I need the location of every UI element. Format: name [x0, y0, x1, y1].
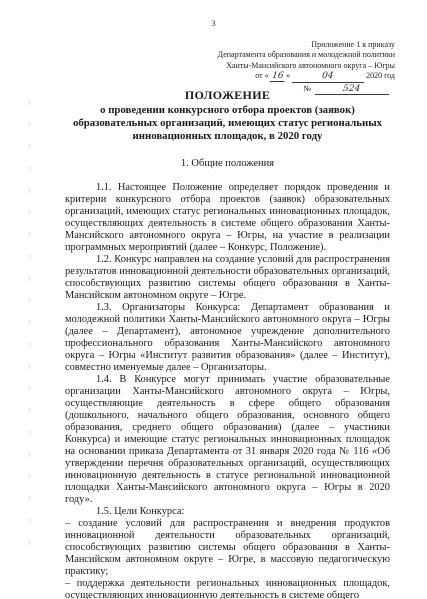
document-subtitle: о проведении конкурсного отбора проектов… — [65, 104, 390, 143]
paragraph-1-1: 1.1. Настоящее Положение определяет поря… — [65, 182, 390, 254]
document-body: ПОЛОЖЕНИЕ о проведении конкурсного отбор… — [65, 88, 390, 599]
order-date-line: от «16»042020 год — [218, 71, 395, 82]
document-page: 3 Приложение 1 к приказу Департамента об… — [0, 0, 427, 599]
header-line-1: Приложение 1 к приказу — [218, 40, 395, 50]
handwritten-month: 04 — [322, 71, 335, 81]
paragraph-1-4: 1.4. В Конкурсе могут принимать участие … — [65, 374, 390, 506]
section-1-heading: 1. Общие положения — [65, 158, 390, 169]
page-number: 3 — [0, 18, 427, 28]
date-year: 2020 год — [366, 71, 395, 80]
month-blank-line: 04 — [292, 71, 364, 82]
date-close-quote: » — [286, 71, 290, 80]
paragraph-1-2: 1.2. Конкурс направлен на создание услов… — [65, 254, 390, 302]
document-title: ПОЛОЖЕНИЕ — [65, 88, 390, 103]
date-prefix: от « — [255, 71, 268, 80]
paragraph-1-3: 1.3. Организаторы Конкурса: Департамент … — [65, 302, 390, 374]
scan-noise-artifact — [28, 100, 31, 560]
header-line-2: Департамента образования и молодежной по… — [218, 50, 395, 60]
approval-header: Приложение 1 к приказу Департамента обра… — [218, 40, 395, 95]
paragraph-1-5: 1.5. Цели Конкурса: — [65, 506, 390, 518]
handwritten-day: 16 — [269, 71, 286, 82]
goal-bullet-2: – поддержка деятельности региональных ин… — [65, 578, 390, 599]
goal-bullet-1: – создание условий для распространения и… — [65, 518, 390, 578]
header-line-3: Ханты-Мансийского автономного округа – Ю… — [218, 61, 395, 71]
